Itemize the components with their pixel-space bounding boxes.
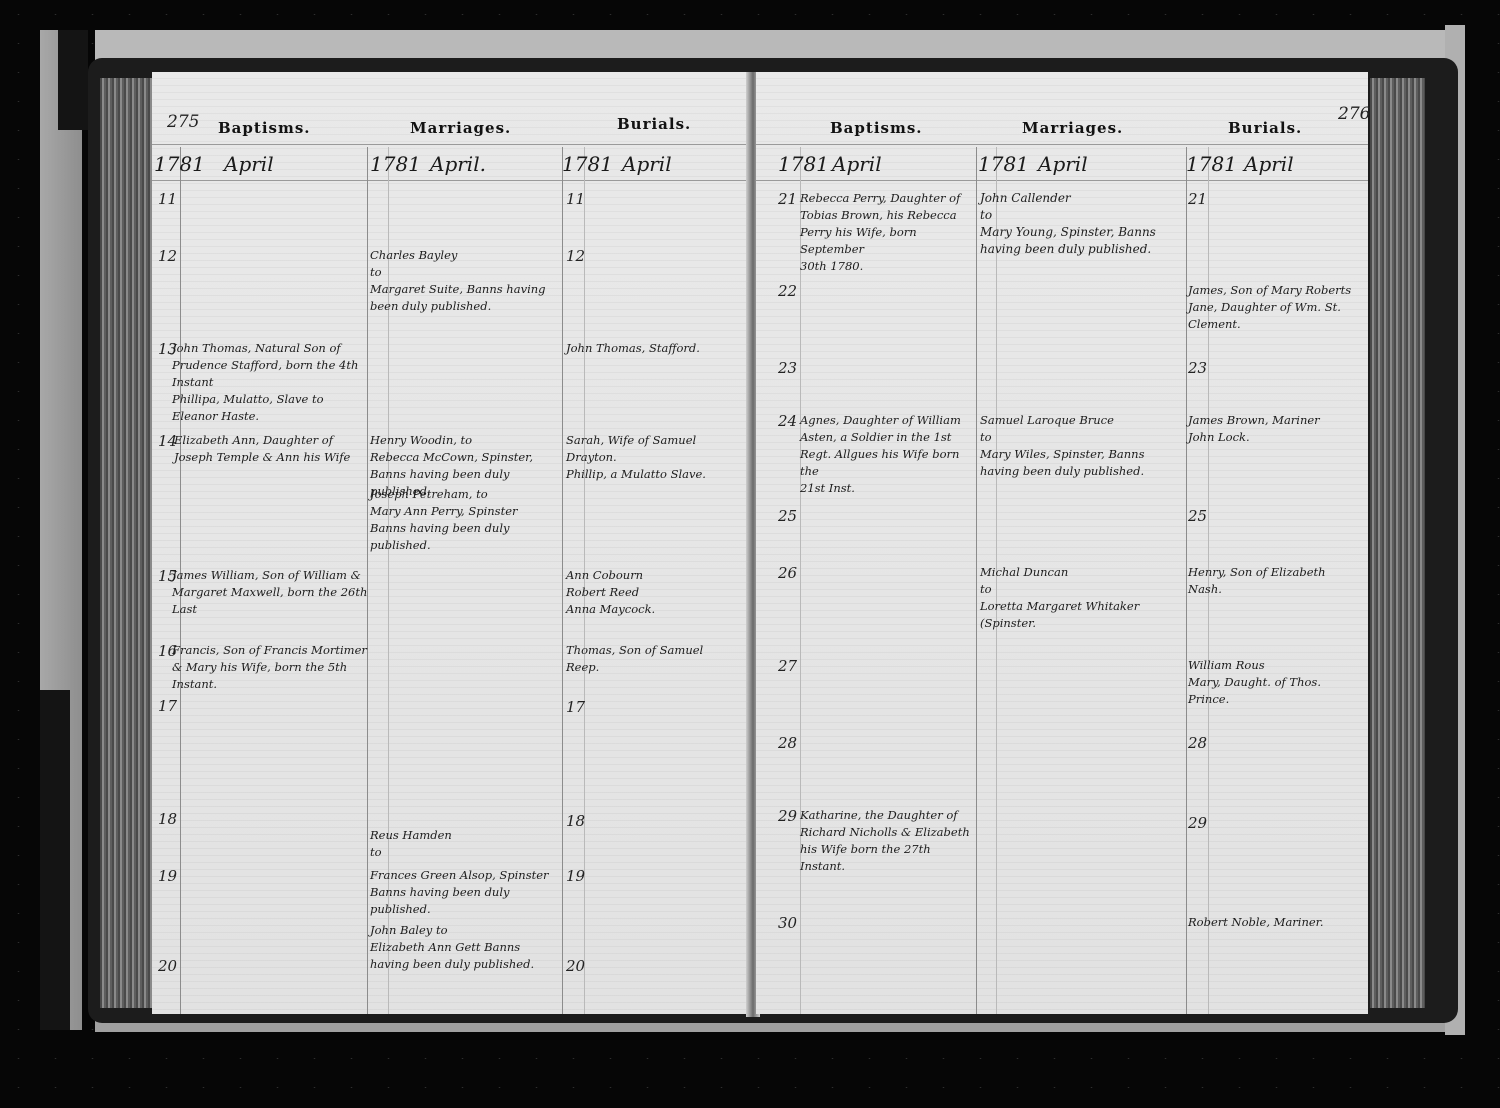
baptism-entry: Agnes, Daughter of William Asten, a Sold… <box>800 412 978 497</box>
column-divider <box>562 147 563 1014</box>
day-margin-rule <box>800 147 801 1014</box>
year: 1781 <box>1186 152 1237 176</box>
day-number: 17 <box>566 698 585 716</box>
month: April. <box>430 152 486 176</box>
marriage-entry: Samuel Laroque Bruce to Mary Wiles, Spin… <box>980 412 1186 480</box>
day-number: 27 <box>778 657 797 675</box>
day-number: 23 <box>1188 359 1207 377</box>
column-heading-burials: Burials. <box>617 115 691 133</box>
marriage-entry: Michal Duncan to Loretta Margaret Whitak… <box>980 564 1186 632</box>
day-number: 28 <box>778 734 797 752</box>
burial-entry: James, Son of Mary Roberts Jane, Daughte… <box>1188 282 1368 333</box>
day-number: 24 <box>778 412 797 430</box>
day-number: 21 <box>778 190 797 208</box>
burial-entry: Sarah, Wife of Samuel Drayton. Phillip, … <box>566 432 751 483</box>
month: April <box>1038 152 1088 176</box>
month: April <box>622 152 672 176</box>
burial-entry: Henry, Son of Elizabeth Nash. <box>1188 564 1368 598</box>
day-number: 12 <box>566 247 585 265</box>
month-rule <box>756 180 1368 181</box>
day-number: 11 <box>158 190 177 208</box>
marriage-entry: John Baley to Elizabeth Ann Gett Banns h… <box>370 922 560 973</box>
day-number: 23 <box>778 359 797 377</box>
day-number: 17 <box>158 697 177 715</box>
year: 1781 <box>154 152 205 176</box>
column-heading-burials: Burials. <box>1228 119 1302 137</box>
burial-entry: James Brown, Mariner John Lock. <box>1188 412 1368 446</box>
month-rule <box>152 180 750 181</box>
baptism-entry: Katharine, the Daughter of Richard Nicho… <box>800 807 978 875</box>
day-number: 29 <box>778 807 797 825</box>
day-number: 20 <box>158 957 177 975</box>
day-number: 25 <box>1188 507 1207 525</box>
day-number: 19 <box>566 867 585 885</box>
day-number: 29 <box>1188 814 1207 832</box>
day-number: 18 <box>158 810 177 828</box>
column-heading-baptisms: Baptisms. <box>830 119 923 137</box>
page-number: 275 <box>167 112 199 132</box>
day-number: 25 <box>778 507 797 525</box>
day-number: 28 <box>1188 734 1207 752</box>
day-number: 11 <box>566 190 585 208</box>
month: April <box>224 152 274 176</box>
year: 1781 <box>562 152 613 176</box>
day-number: 22 <box>778 282 797 300</box>
column-divider <box>1186 147 1187 1014</box>
month: April <box>832 152 882 176</box>
baptism-entry: John Thomas, Natural Son of Prudence Sta… <box>172 340 372 425</box>
day-number: 21 <box>1188 190 1207 208</box>
page-number: 276 <box>1338 104 1370 124</box>
marriage-entry: Joseph Petreham, to Mary Ann Perry, Spin… <box>370 486 560 554</box>
burial-entry: John Thomas, Stafford. <box>566 340 751 357</box>
year: 1781 <box>978 152 1029 176</box>
day-number: 19 <box>158 867 177 885</box>
burial-entry: Robert Noble, Mariner. <box>1188 914 1368 931</box>
day-number: 12 <box>158 247 177 265</box>
register-page-left: 275 Baptisms. Marriages. Burials. 1781 A… <box>152 72 750 1014</box>
column-heading-baptisms: Baptisms. <box>218 119 311 137</box>
marriage-entry: John Callender to Mary Young, Spinster, … <box>980 190 1186 258</box>
column-heading-marriages: Marriages. <box>410 119 511 137</box>
month: April <box>1244 152 1294 176</box>
day-number: 20 <box>566 957 585 975</box>
day-number: 18 <box>566 812 585 830</box>
marriage-entry: Reus Hamden to <box>370 827 560 861</box>
column-heading-marriages: Marriages. <box>1022 119 1123 137</box>
day-number: 26 <box>778 564 797 582</box>
marriage-entry: Charles Bayley to Margaret Suite, Banns … <box>370 247 560 315</box>
page-edges-left <box>100 78 155 1008</box>
scan-clip <box>40 690 70 1030</box>
baptism-entry: Elizabeth Ann, Daughter of Joseph Temple… <box>174 432 369 466</box>
baptism-entry: James William, Son of William & Margaret… <box>172 567 372 618</box>
marriage-entry: Frances Green Alsop, Spinster Banns havi… <box>370 867 560 918</box>
burial-entry: Ann Cobourn Robert Reed Anna Maycock. <box>566 567 751 618</box>
scan-clip <box>58 30 88 130</box>
header-rule <box>152 144 750 145</box>
year: 1781 <box>778 152 829 176</box>
page-edges-right <box>1370 78 1425 1008</box>
baptism-entry: Francis, Son of Francis Mortimer & Mary … <box>172 642 372 693</box>
scan-board-top <box>95 30 1445 60</box>
burial-entry: Thomas, Son of Samuel Reep. <box>566 642 751 676</box>
register-page-right: 276 Baptisms. Marriages. Burials. 1781 A… <box>756 72 1368 1014</box>
column-divider <box>976 147 977 1014</box>
year: 1781 <box>370 152 421 176</box>
burial-entry: William Rous Mary, Daught. of Thos. Prin… <box>1188 657 1368 708</box>
baptism-entry: Rebecca Perry, Daughter of Tobias Brown,… <box>800 190 978 275</box>
header-rule <box>756 144 1368 145</box>
day-number: 30 <box>778 914 797 932</box>
